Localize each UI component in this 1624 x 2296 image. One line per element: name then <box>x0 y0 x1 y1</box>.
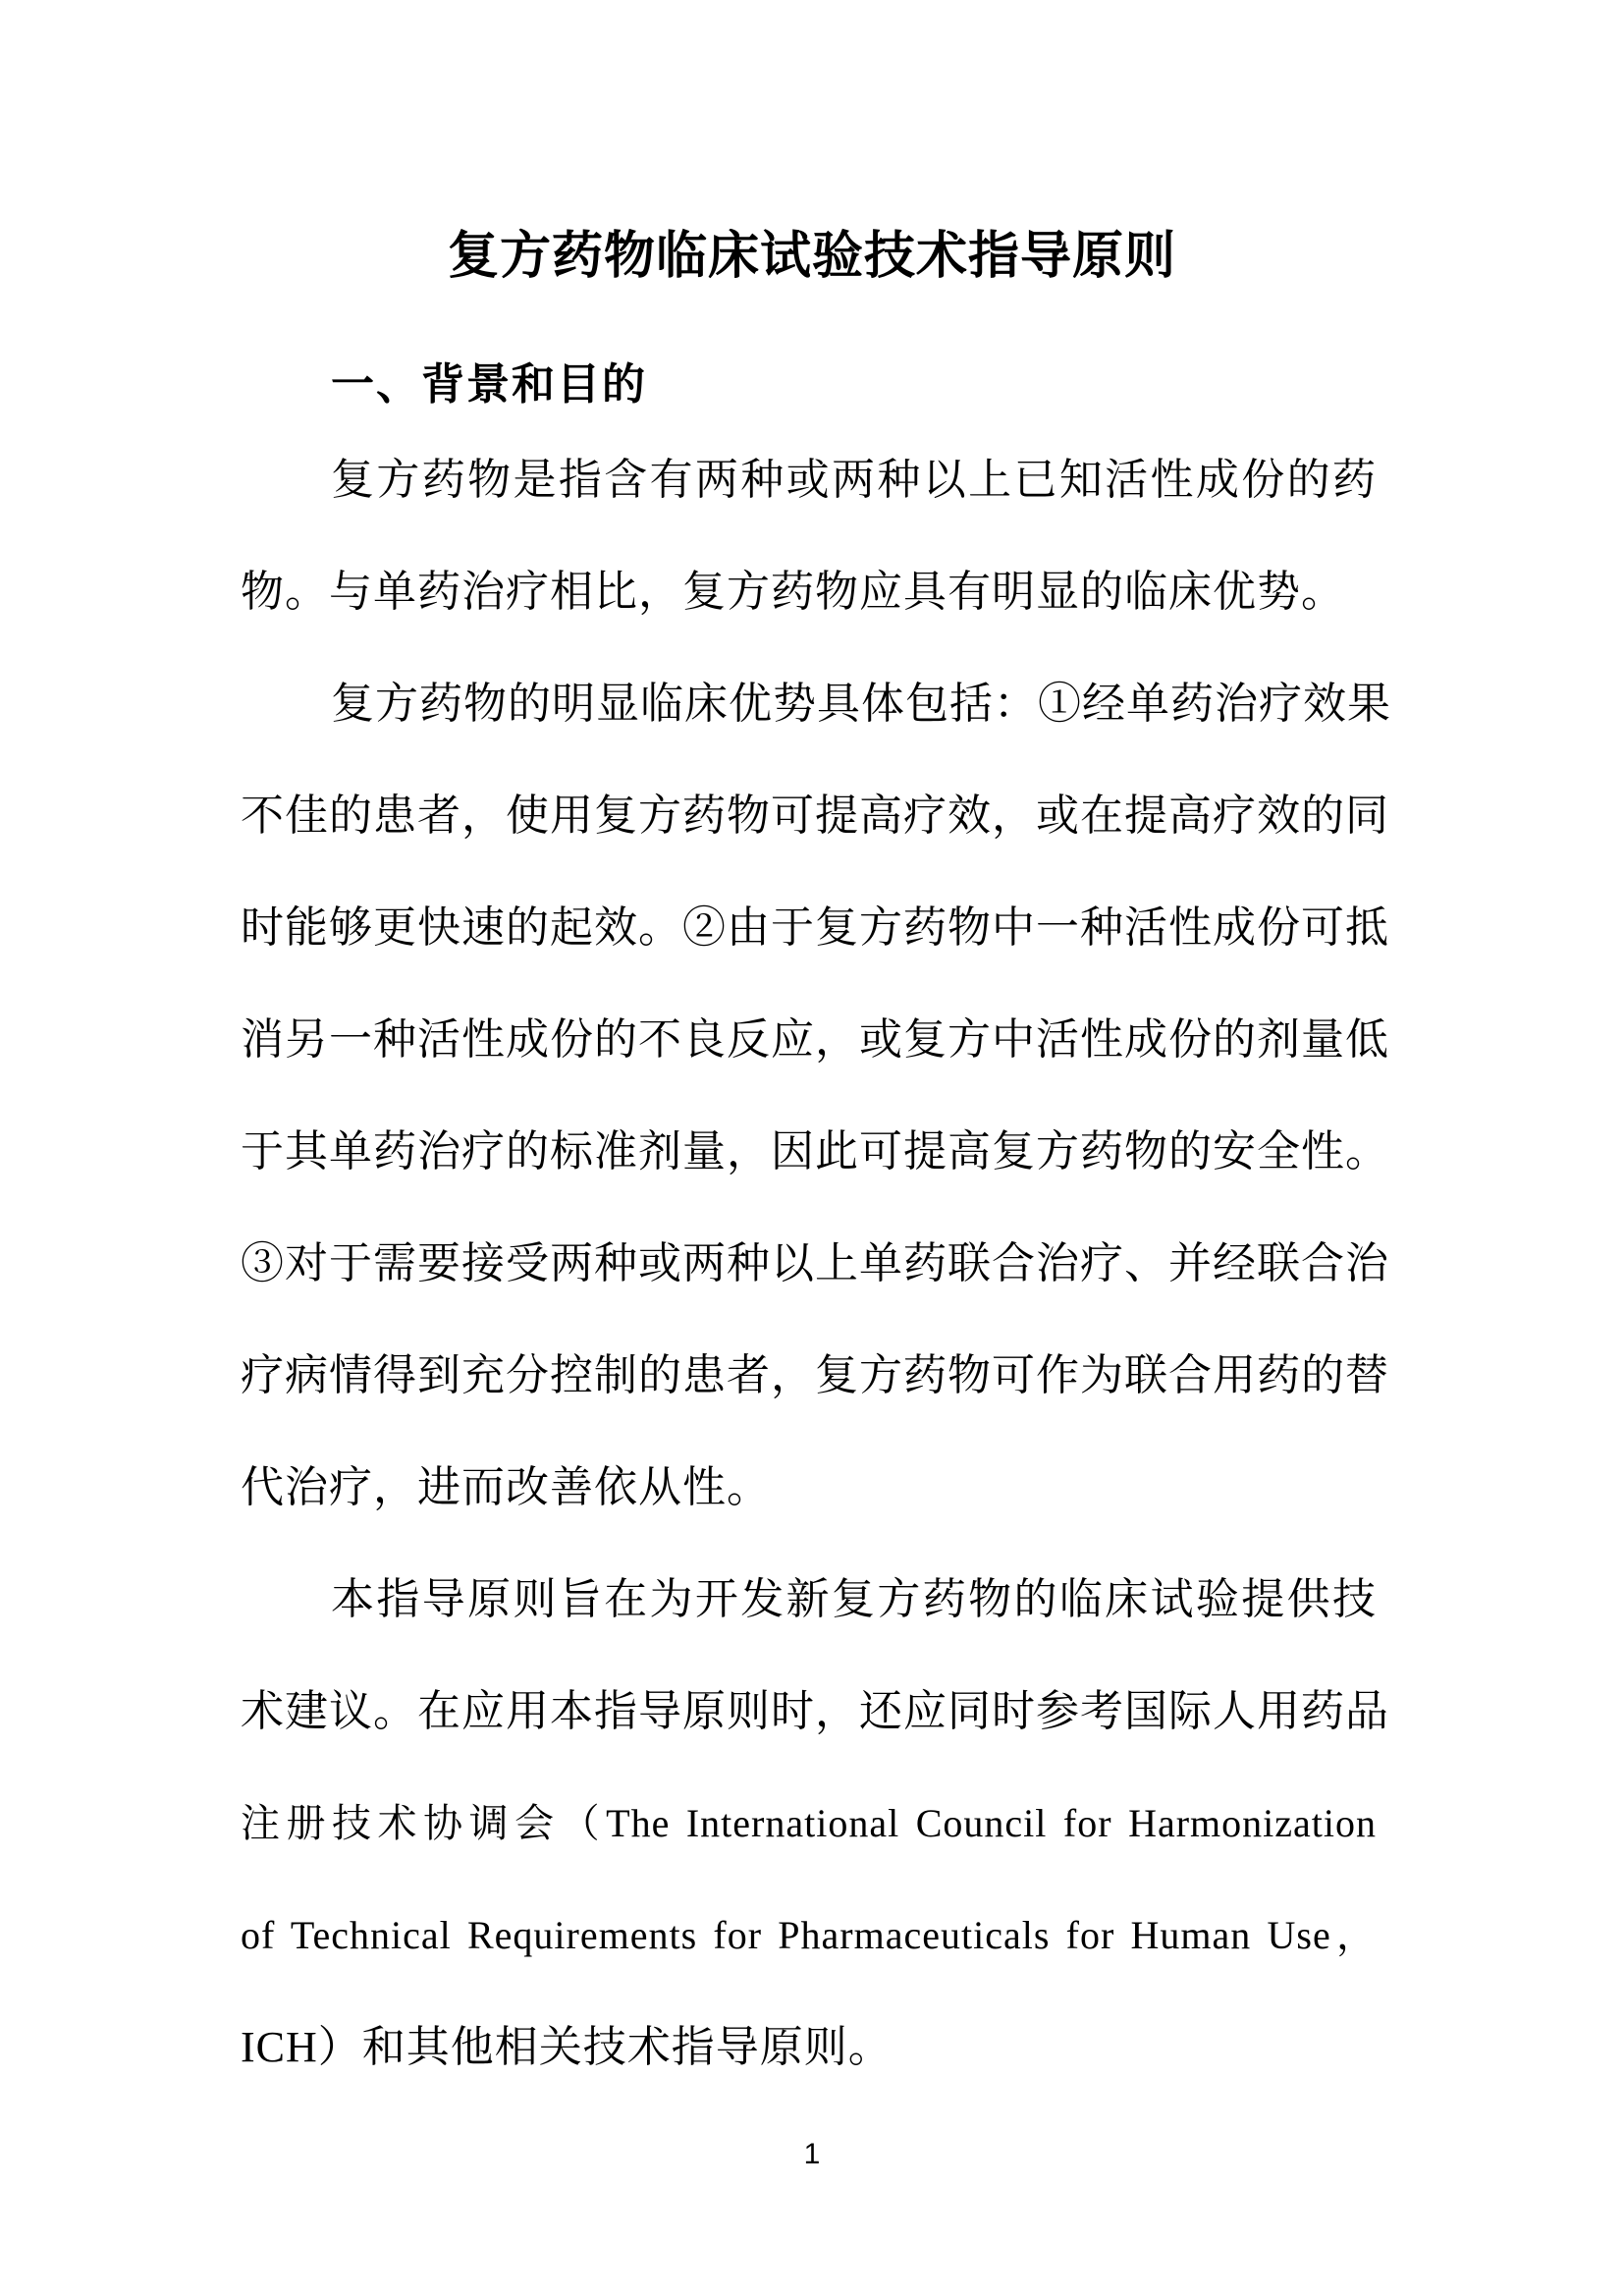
page-title: 复方药物临床试验技术指导原则 <box>0 200 1624 312</box>
body-line: 本指导原则旨在为开发新复方药物的临床试验提供技 <box>241 1544 1377 1656</box>
body-line: 注册技术协调会（The International Council for Ha… <box>241 1768 1377 1880</box>
body-line: 术建议。在应用本指导原则时，还应同时参考国际人用药品 <box>241 1656 1377 1768</box>
body-line: of Technical Requirements for Pharmaceut… <box>241 1880 1377 1992</box>
body-line: 消另一种活性成份的不良反应，或复方中活性成份的剂量低 <box>241 984 1377 1096</box>
body-line: ③对于需要接受两种或两种以上单药联合治疗、并经联合治 <box>241 1208 1377 1320</box>
body-line: ICH）和其他相关技术指导原则。 <box>241 1992 1377 2104</box>
body-line: 疗病情得到充分控制的患者，复方药物可作为联合用药的替 <box>241 1320 1377 1432</box>
document-page: 复方药物临床试验技术指导原则 一、背景和目的 复方药物是指含有两种或两种以上已知… <box>0 0 1624 2296</box>
body-line: 不佳的患者，使用复方药物可提高疗效，或在提高疗效的同 <box>241 760 1377 872</box>
page-number: 1 <box>0 2133 1624 2176</box>
body-line: 复方药物是指含有两种或两种以上已知活性成份的药 <box>241 424 1377 536</box>
body-line: 于其单药治疗的标准剂量，因此可提高复方药物的安全性。 <box>241 1096 1377 1208</box>
body-line: 复方药物的明显临床优势具体包括：①经单药治疗效果 <box>241 648 1377 760</box>
body-line: 代治疗，进而改善依从性。 <box>241 1432 1377 1544</box>
body-line: 物。与单药治疗相比，复方药物应具有明显的临床优势。 <box>241 536 1377 648</box>
body-line: 时能够更快速的起效。②由于复方药物中一种活性成份可抵 <box>241 872 1377 984</box>
